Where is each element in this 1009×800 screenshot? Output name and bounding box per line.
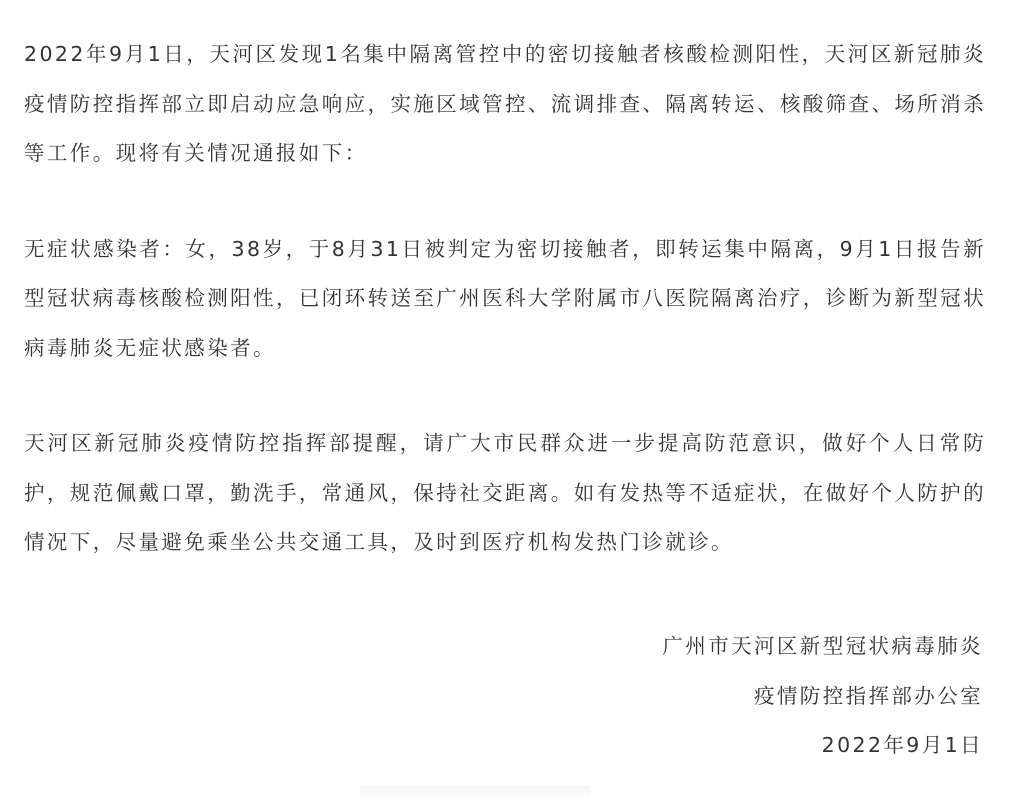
intro-paragraph: 2022年9月1日，天河区发现1名集中隔离管控中的密切接触者核酸检测阳性，天河区… [24,30,986,179]
issuing-organization-line2: 疫情防控指挥部办公室 [662,672,983,722]
notice-article: 2022年9月1日，天河区发现1名集中隔离管控中的密切接触者核酸检测阳性，天河区… [24,30,986,568]
issue-date: 2022年9月1日 [662,721,983,771]
public-reminder-paragraph: 天河区新冠肺炎疫情防控指挥部提醒，请广大市民群众进一步提高防范意识，做好个人日常… [24,419,986,568]
signature-block: 广州市天河区新型冠状病毒肺炎 疫情防控指挥部办公室 2022年9月1日 [662,622,983,771]
issuing-organization-line1: 广州市天河区新型冠状病毒肺炎 [662,622,983,672]
case-details-paragraph: 无症状感染者：女，38岁，于8月31日被判定为密切接触者，即转运集中隔离，9月1… [24,225,986,374]
faded-footer-watermark [360,786,590,800]
